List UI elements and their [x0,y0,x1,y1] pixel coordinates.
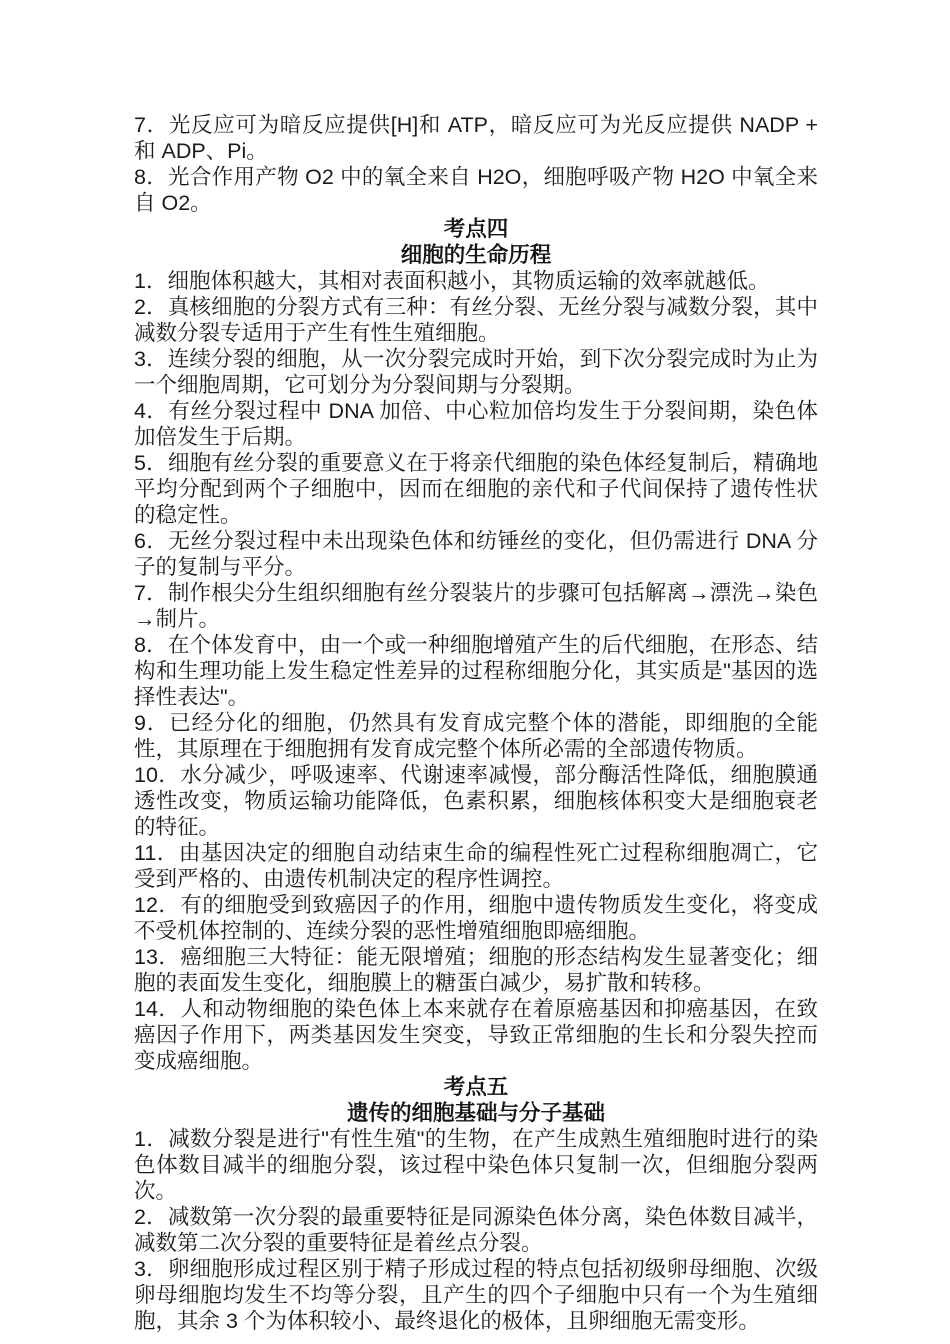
note-item: 8．在个体发育中，由一个或一种细胞增殖产生的后代细胞，在形态、结构和生理功能上发… [134,632,818,710]
note-item: 2．减数第一次分裂的最重要特征是同源染色体分离，染色体数目减半，减数第二次分裂的… [134,1204,818,1256]
note-item: 2．真核细胞的分裂方式有三种：有丝分裂、无丝分裂与减数分裂，其中减数分裂专适用于… [134,294,818,346]
note-item: 1．减数分裂是进行"有性生殖"的生物，在产生成熟生殖细胞时进行的染色体数目减半的… [134,1126,818,1204]
section-heading-kaodian-4: 考点四 [134,216,818,242]
note-item: 5．细胞有丝分裂的重要意义在于将亲代细胞的染色体经复制后，精确地平均分配到两个子… [134,450,818,528]
note-item: 12．有的细胞受到致癌因子的作用，细胞中遗传物质发生变化，将变成不受机体控制的、… [134,892,818,944]
section-subheading-cell-life-cycle: 细胞的生命历程 [134,242,818,268]
note-item: 3．卵细胞形成过程区别于精子形成过程的特点包括初级卵母细胞、次级卵母细胞均发生不… [134,1256,818,1334]
note-item: 11．由基因决定的细胞自动结束生命的编程性死亡过程称细胞凋亡，它受到严格的、由遗… [134,840,818,892]
section-subheading-genetic-basis: 遗传的细胞基础与分子基础 [134,1100,818,1126]
document-page: 7．光反应可为暗反应提供[H]和 ATP，暗反应可为光反应提供 NADP + 和… [0,0,950,1344]
note-item: 7．制作根尖分生组织细胞有丝分裂装片的步骤可包括解离→漂洗→染色→制片。 [134,580,818,632]
note-item: 3．连续分裂的细胞，从一次分裂完成时开始，到下次分裂完成时为止为一个细胞周期，它… [134,346,818,398]
note-item: 1．细胞体积越大，其相对表面积越小，其物质运输的效率就越低。 [134,268,818,294]
note-item-photosynthesis-7: 7．光反应可为暗反应提供[H]和 ATP，暗反应可为光反应提供 NADP + 和… [134,112,818,164]
note-item-photosynthesis-8: 8．光合作用产物 O2 中的氧全来自 H2O，细胞呼吸产物 H2O 中氧全来自 … [134,164,818,216]
section-heading-kaodian-5: 考点五 [134,1074,818,1100]
note-item: 14．人和动物细胞的染色体上本来就存在着原癌基因和抑癌基因，在致癌因子作用下，两… [134,996,818,1074]
note-item: 10．水分减少，呼吸速率、代谢速率减慢，部分酶活性降低，细胞膜通透性改变，物质运… [134,762,818,840]
note-item: 6．无丝分裂过程中未出现染色体和纺锤丝的变化，但仍需进行 DNA 分子的复制与平… [134,528,818,580]
note-item: 4．有丝分裂过程中 DNA 加倍、中心粒加倍均发生于分裂间期，染色体加倍发生于后… [134,398,818,450]
note-item: 9．已经分化的细胞，仍然具有发育成完整个体的潜能，即细胞的全能性，其原理在于细胞… [134,710,818,762]
note-item: 13．癌细胞三大特征：能无限增殖；细胞的形态结构发生显著变化；细胞的表面发生变化… [134,944,818,996]
